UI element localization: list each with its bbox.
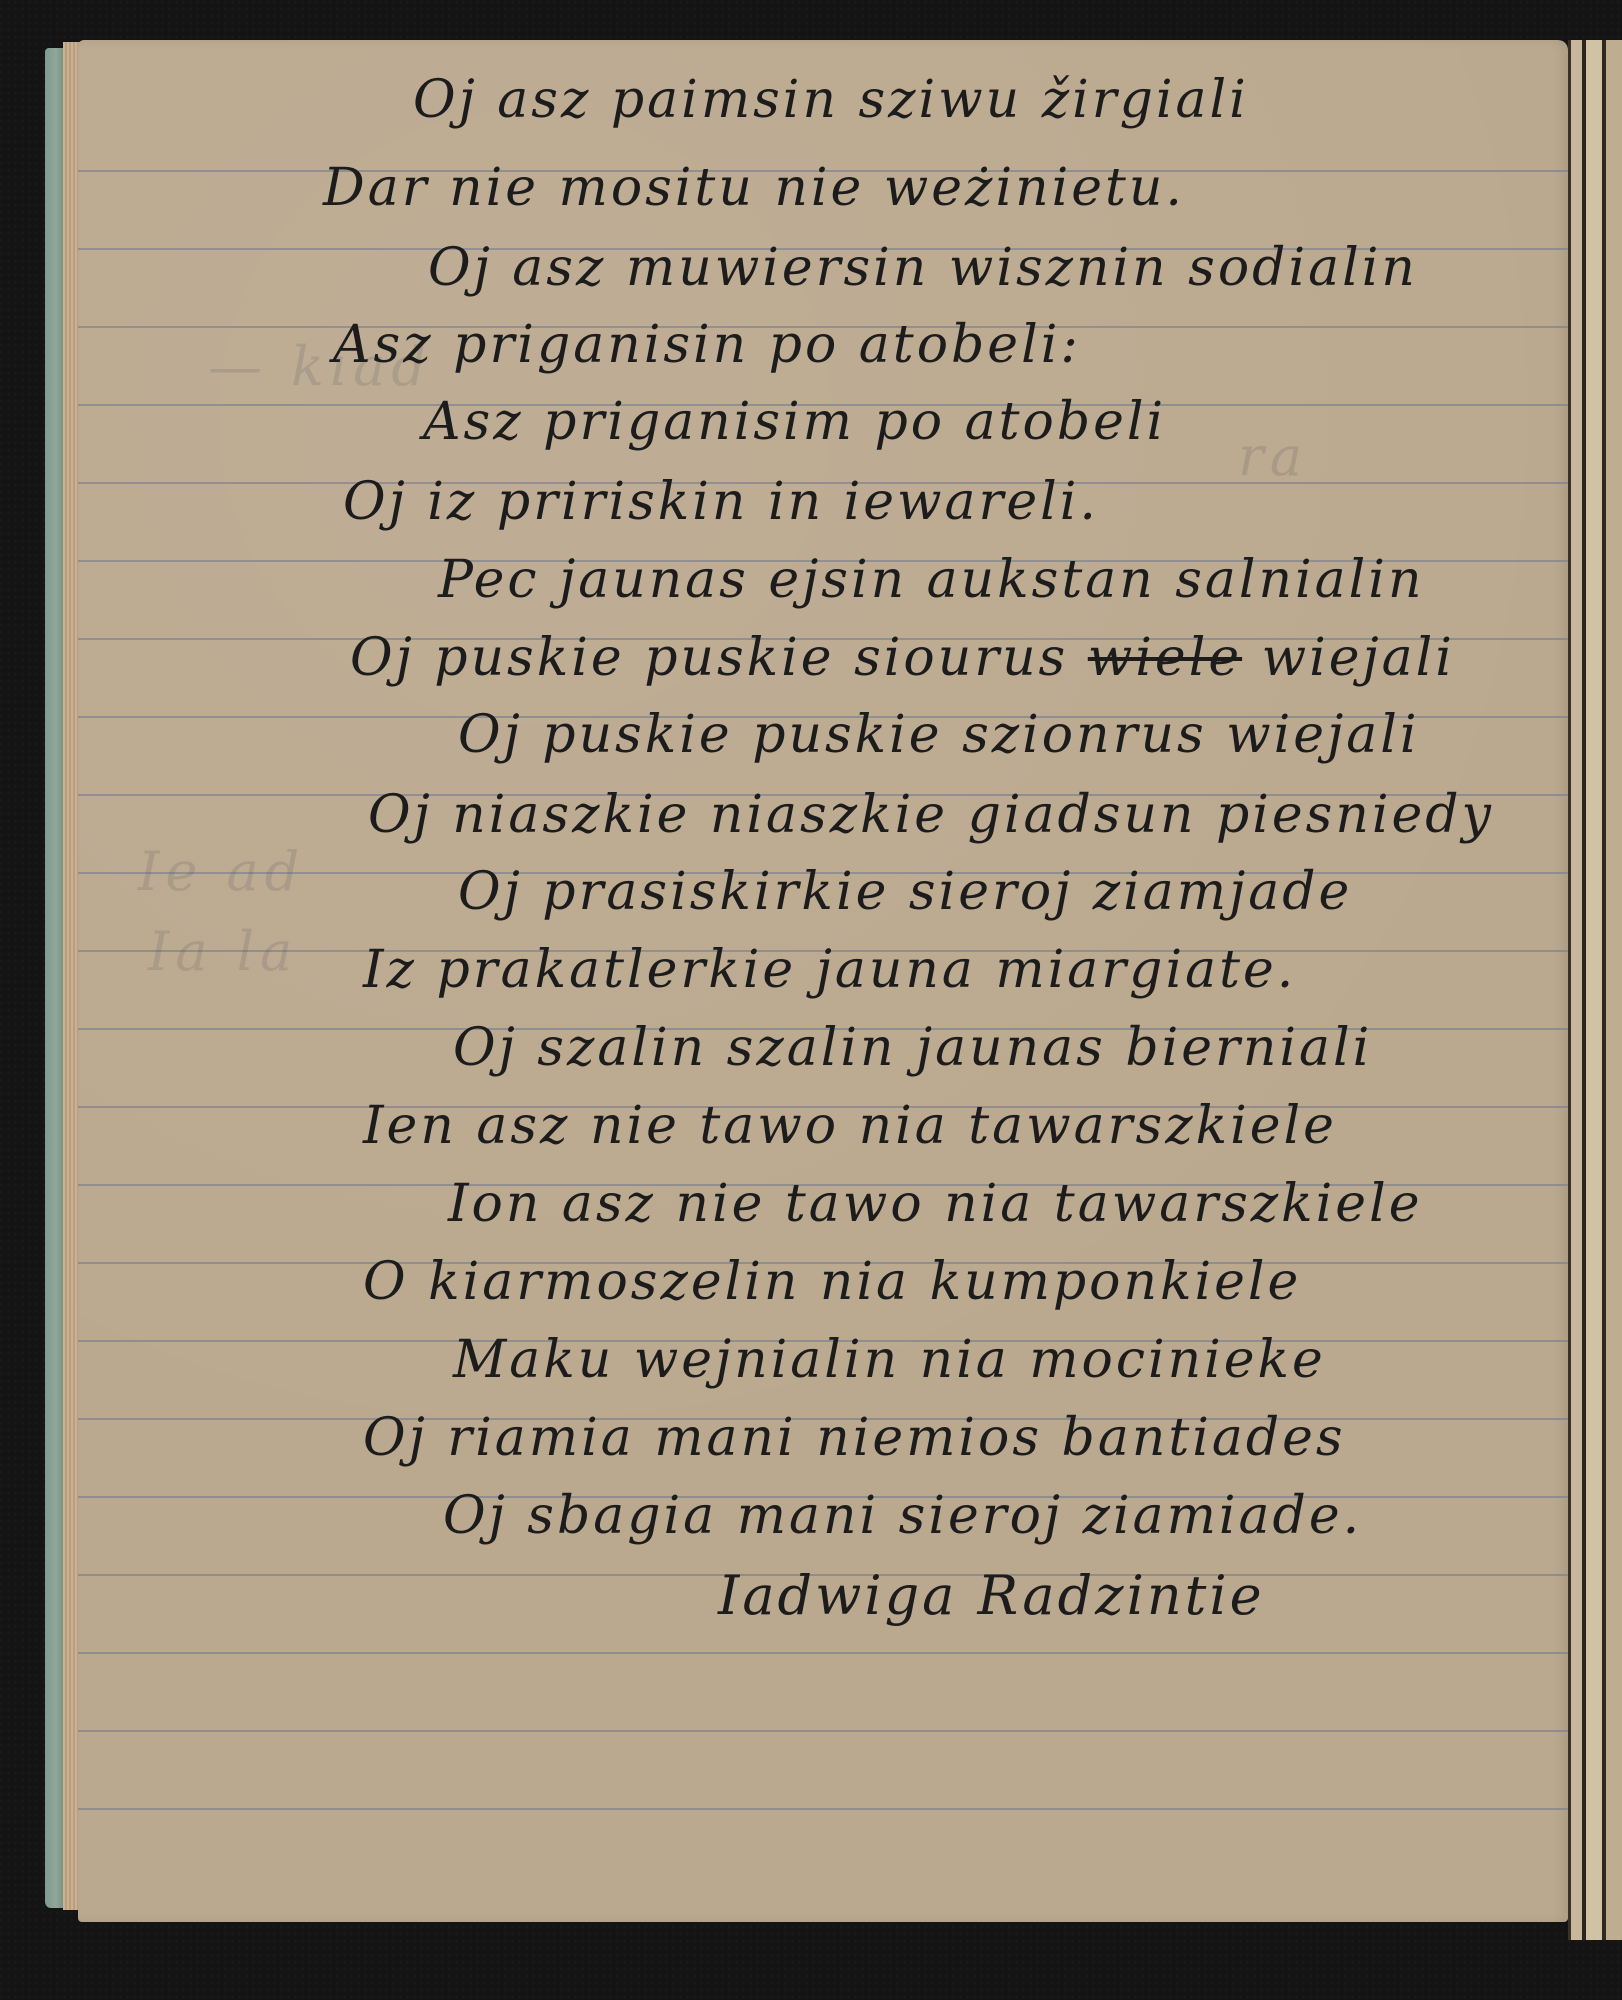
poem-line-16: O kiarmoszelin nia kumponkiele — [363, 1252, 1301, 1312]
poem-line-9: Oj puskie puskie szionrus wiejali — [458, 705, 1419, 765]
poem-line-4: Asz priganisin po atobeli: — [333, 315, 1081, 375]
poem-line-8-end: wiejali — [1242, 628, 1455, 688]
ruled-line — [78, 1652, 1568, 1654]
poem-line-2: Dar nie mositu nie weżinietu. — [323, 158, 1185, 218]
bleed-through-text: Ia la — [148, 920, 298, 983]
next-page-edge — [1586, 40, 1602, 1940]
poem-line-14: Ien asz nie tawo nia tawarszkiele — [363, 1096, 1337, 1156]
poem-line-8-start: Oj puskie puskie siourus — [350, 628, 1088, 688]
poem-line-6: Oj iz pririskin in iewareli. — [343, 472, 1099, 532]
struck-out-word: wiele — [1088, 628, 1242, 688]
author-signature: Iadwiga Radzintie — [718, 1564, 1265, 1627]
notebook-cover-edge — [45, 48, 63, 1908]
poem-line-8: Oj puskie puskie siourus wiele wiejali — [350, 628, 1455, 688]
poem-line-1: Oj asz paimsin sziwu žirgiali — [413, 70, 1249, 130]
poem-line-7: Pec jaunas ejsin aukstan salnialin — [438, 550, 1424, 610]
poem-line-13: Oj szalin szalin jaunas bierniali — [453, 1018, 1372, 1078]
ruled-line — [78, 1808, 1568, 1810]
poem-line-3: Oj asz muwiersin wisznin sodialin — [428, 238, 1418, 298]
bleed-through-text: Ie ad — [138, 840, 305, 903]
poem-line-12: Iz prakatlerkie jauna miargiate. — [363, 940, 1296, 1000]
poem-line-10: Oj niaszkie niaszkie giadsun piesniedy — [368, 785, 1494, 845]
poem-line-11: Oj prasiskirkie sieroj ziamjade — [458, 862, 1352, 922]
poem-line-18: Oj riamia mani niemios bantiades — [363, 1408, 1346, 1468]
poem-line-5: Asz priganisim po atobeli — [423, 392, 1166, 452]
next-page-edge — [1606, 40, 1622, 1940]
notebook: — kiad Ie ad Ia la ra Oj asz paimsin szi… — [45, 40, 1622, 1960]
poem-line-19: Oj sbagia mani sieroj ziamiade. — [443, 1486, 1362, 1546]
poem-line-17: Maku wejnialin nia mocinieke — [453, 1330, 1326, 1390]
poem-line-15: Ion asz nie tawo nia tawarszkiele — [448, 1174, 1422, 1234]
ruled-line — [78, 1730, 1568, 1732]
notebook-page: — kiad Ie ad Ia la ra Oj asz paimsin szi… — [78, 40, 1568, 1922]
bleed-through-text: ra — [1238, 425, 1308, 488]
